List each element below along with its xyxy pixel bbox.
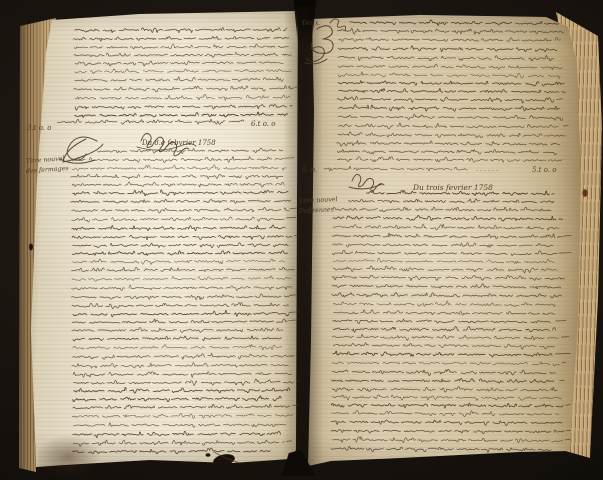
right-margin-note-line1: Titre nouvel bbox=[299, 196, 338, 205]
right-page-handwriting bbox=[323, 19, 573, 452]
manuscript-photograph: 3.t o. o 6.t o. o Du 8.e febvrier 1758 T… bbox=[0, 0, 603, 480]
ink-blots-and-spots bbox=[29, 189, 588, 473]
left-date-heading: Du 8.e febvrier 1758 bbox=[141, 139, 216, 147]
right-margin-note-line2: Deffrennes bbox=[298, 206, 335, 215]
right-date-heading: Du trois fevrier 1758 bbox=[412, 183, 493, 192]
right-line-sum: 5.t o. o bbox=[532, 166, 556, 174]
paraph-flourishes bbox=[60, 19, 384, 191]
left-margin-note-line2: des fermages bbox=[26, 165, 70, 175]
handwriting-layer: 3.t o. o 6.t o. o Du 8.e febvrier 1758 T… bbox=[0, 0, 603, 480]
left-edge-tear-spot bbox=[29, 244, 33, 251]
leader-dots: . . . . . . bbox=[476, 166, 498, 173]
left-paragraph1-sum: 6.t o. o bbox=[251, 120, 275, 128]
fore-edge-red-spot bbox=[582, 189, 587, 197]
left-page-handwriting bbox=[57, 27, 300, 454]
left-margin-note-line1: Titre nouvel bbox=[26, 155, 65, 165]
folio-number-word: Deux. bbox=[301, 20, 320, 27]
right-line-sum-prefix: 5. o. bbox=[302, 166, 317, 174]
legible-annotations: 3.t o. o 6.t o. o Du 8.e febvrier 1758 T… bbox=[26, 20, 557, 215]
left-margin-sum: 3.t o. o bbox=[27, 124, 51, 132]
